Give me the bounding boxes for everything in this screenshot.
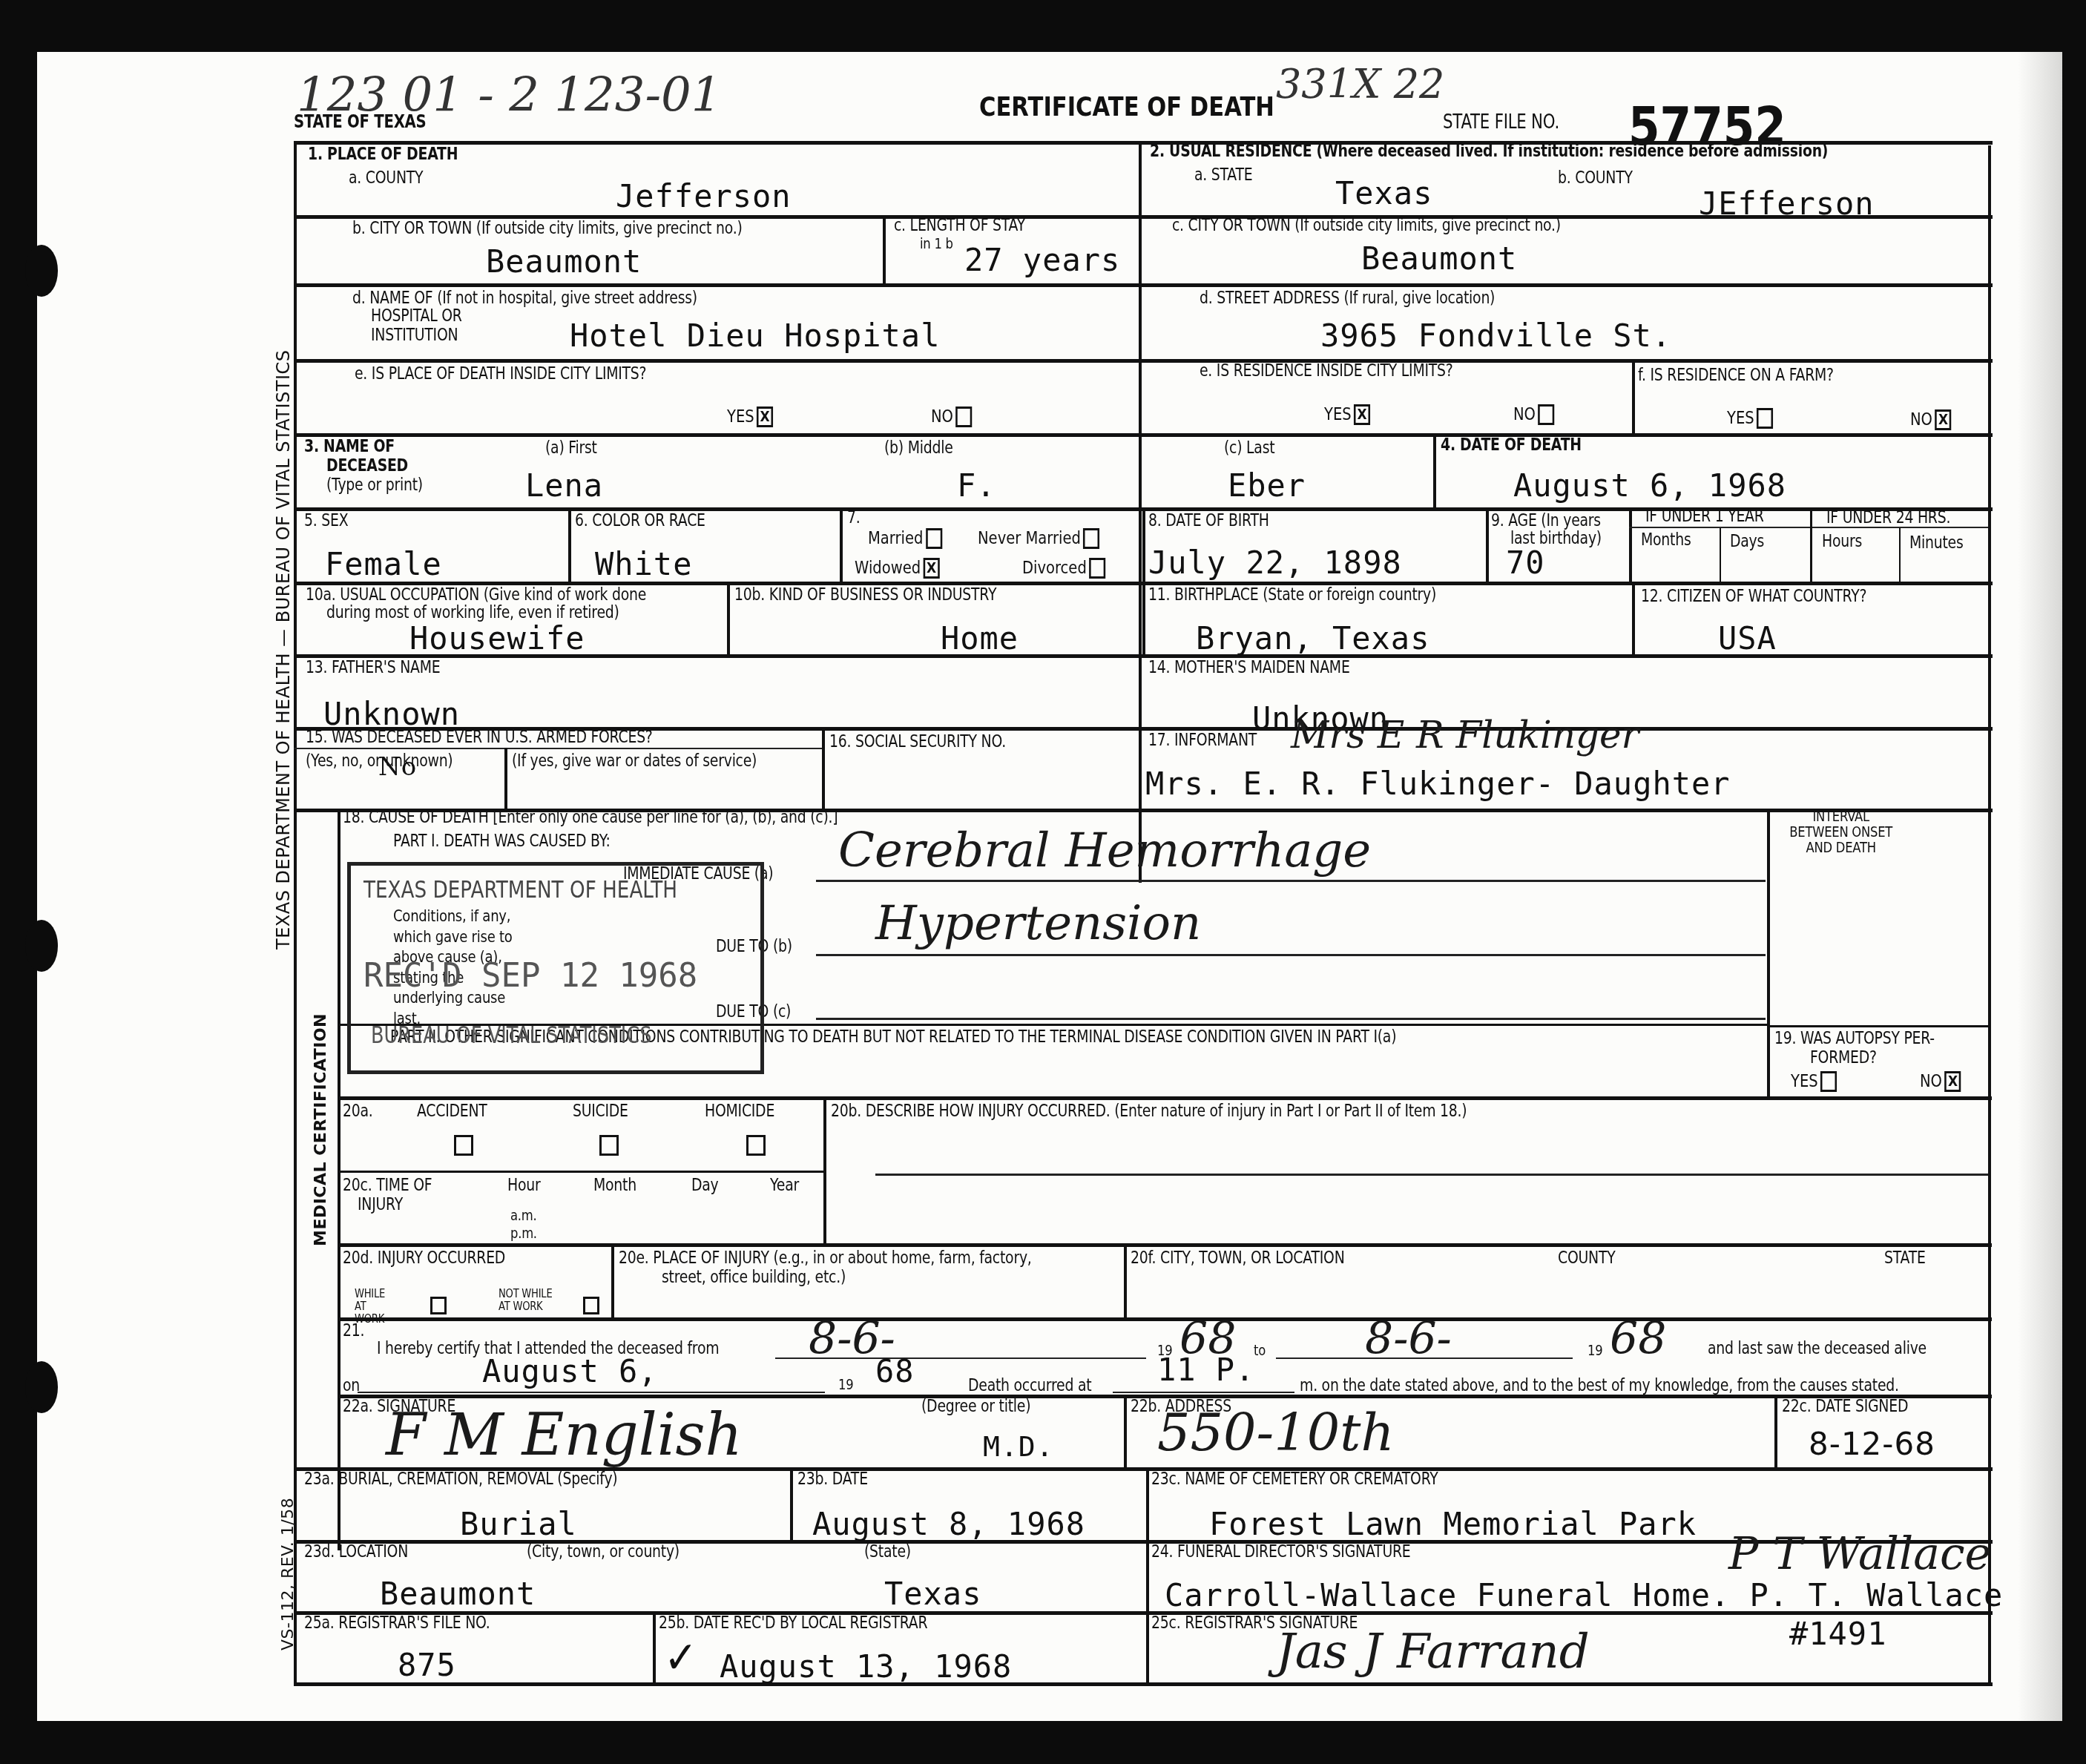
divider [338,1096,1992,1100]
divider [568,507,571,582]
degree: M.D. [983,1430,1054,1463]
death-inside-limits-label: e. IS PLACE OF DEATH INSIDE CITY LIMITS? [355,365,646,383]
residence-state-label: a. STATE [1194,166,1252,184]
date-signed: 8-12-68 [1809,1426,1935,1462]
death-inside-no[interactable]: NO [931,407,973,427]
divider [1767,809,1770,1098]
divider [875,1174,1988,1176]
divider [338,1317,1992,1321]
divider [1629,527,1988,528]
days-label: Days [1730,533,1764,550]
first-name-label: (a) First [545,439,597,457]
date-of-death: August 6, 1968 [1513,467,1786,504]
divider [653,1611,656,1682]
divider [294,654,1993,658]
divider [1486,507,1489,582]
not-while-at-work-label: NOT WHILE AT WORK [499,1288,553,1313]
registrar-date-label: 25b. DATE REC'D BY LOCAL REGISTRAR [659,1614,927,1632]
injury-f-label: 20f. CITY, TOWN, OR LOCATION [1131,1249,1345,1267]
homicide-checkbox[interactable] [746,1135,766,1156]
registrar-number: #1491 [1789,1616,1886,1652]
minutes-label: Minutes [1909,534,1964,552]
birthplace: Bryan, Texas [1196,620,1429,656]
checkbox [1089,558,1105,579]
not-while-at-work-checkbox[interactable] [583,1297,599,1314]
length-of-stay-label: c. LENGTH OF STAY [894,217,1025,234]
death-occurred-label: Death occurred at [968,1377,1091,1395]
physician-signature: F M English [386,1402,743,1469]
name-label: 3. NAME OF [304,438,395,455]
date-of-birth-label: 8. DATE OF BIRTH [1148,512,1269,530]
location-sublabel: (City, town, or county) [527,1543,680,1561]
immediate-cause: Cerebral Hemorrhage [838,823,1371,878]
armed-forces-label: 15. WAS DECEASED EVER IN U.S. ARMED FORC… [306,728,653,746]
burial-location: Beaumont [380,1576,536,1612]
autopsy-yes[interactable]: YES [1791,1071,1837,1092]
first-name: Lena [525,467,603,504]
due-to-b-cause: Hypertension [875,896,1201,951]
page-edge [2018,52,2062,1721]
hour-label: Hour [507,1176,540,1194]
injury-d-label: 20d. INJURY OCCURRED [343,1249,505,1267]
divider [1433,433,1436,507]
injury-e-label: 20e. PLACE OF INJURY (e.g., in or about … [619,1249,1032,1267]
middle-name: F. [957,467,996,504]
divider [294,433,1993,437]
street-label: d. STREET ADDRESS (If rural, give locati… [1200,289,1495,307]
residence-inside-limits-label: e. IS RESIDENCE INSIDE CITY LIMITS? [1200,362,1453,380]
injury-b-label: 20b. DESCRIBE HOW INJURY OCCURRED. (Ente… [831,1102,1467,1120]
last-name: Eber [1228,467,1306,504]
divider [294,1611,1993,1615]
divider [1124,1395,1127,1467]
binder-hole [25,245,58,297]
divider [1146,1467,1149,1682]
residence-inside-no[interactable]: NO [1513,404,1555,425]
registrar-signature: Jas J Farrand [1276,1625,1590,1679]
autopsy-label: 19. WAS AUTOPSY PER- [1774,1030,1935,1047]
attended-to-year: 68 [1610,1313,1666,1365]
attended-on-date: August 6, [482,1353,658,1389]
year-label: Year [770,1176,799,1194]
checkbox-checked: X [1935,409,1951,430]
armed-forces-sub2: (If yes, give war or dates of service) [512,752,757,770]
divider [816,954,1766,956]
sex: Female [325,546,442,582]
stamp-line-2: REC'D SEP 12 1968 [363,957,697,995]
sex-label: 5. SEX [304,512,348,530]
agency-side-label: TEXAS DEPARTMENT OF HEALTH — BUREAU OF V… [273,349,294,950]
divider [504,748,507,809]
armed-forces: No [378,752,417,782]
checkbox-checked: X [757,407,773,427]
injury-state-label: STATE [1884,1249,1926,1267]
checkbox [926,528,942,549]
best-knowledge-text: m. on the date stated above, and to the … [1300,1377,1899,1395]
autopsy-label-2: FORMED? [1810,1049,1877,1067]
death-city: Beaumont [486,243,642,280]
divider [1810,507,1812,582]
residence-county-label: b. COUNTY [1558,169,1633,187]
death-time: 11 P. [1157,1352,1254,1388]
certification-number: 21. [343,1322,364,1340]
frame-bottom [294,1682,1993,1686]
homicide-label: HOMICIDE [705,1102,774,1120]
date-of-death-label: 4. DATE OF DEATH [1441,436,1582,454]
length-of-stay-sublabel: in 1 b [920,236,953,251]
usual-residence-label: 2. USUAL RESIDENCE (Where deceased lived… [1150,142,1828,160]
medical-certification-label: MEDICAL CERTIFICATION [312,1013,330,1246]
under-24-hrs-label: IF UNDER 24 HRS. [1826,509,1950,527]
to-year-prefix: 19 [1587,1343,1602,1358]
name-label-2: DECEASED [326,457,408,475]
state-sublabel: (State) [864,1543,911,1561]
registrar-file-label: 25a. REGISTRAR'S FILE NO. [304,1614,490,1632]
burial-state: Texas [884,1576,981,1612]
middle-name-label: (b) Middle [884,439,953,457]
month-label: Month [593,1176,636,1194]
burial-date: August 8, 1968 [812,1506,1085,1542]
attended-on-year: 68 [875,1353,915,1389]
divider [883,215,886,283]
cemetery-label: 23c. NAME OF CEMETERY OR CREMATORY [1151,1470,1438,1488]
hospital-label-3: INSTITUTION [371,326,458,344]
father-label: 13. FATHER'S NAME [306,659,440,677]
divider [1113,1392,1294,1393]
burial-method: Burial [460,1506,577,1542]
residence-inside-yes[interactable]: YESX [1324,404,1370,425]
informant-signature: Mrs E R Flukinger [1291,714,1639,757]
accident-checkbox[interactable] [454,1135,473,1156]
divider [1632,582,1635,654]
citizen-label: 12. CITIZEN OF WHAT COUNTRY? [1641,588,1866,605]
race: White [595,546,692,582]
marital-widowed[interactable]: WidowedX [855,558,940,579]
divider [294,359,1993,363]
am-label: a.m. [510,1208,536,1223]
location-label: 23d. LOCATION [304,1543,408,1561]
divider [822,727,825,809]
part1-label: PART I. DEATH WAS CAUSED BY: [393,832,611,850]
burial-method-label: 23a. BURIAL, CREMATION, REMOVAL (Specify… [304,1470,617,1488]
checkmark-icon: ✓ [664,1632,697,1684]
last-name-label: (c) Last [1224,439,1274,457]
registrar-date: August 13, 1968 [720,1648,1012,1685]
place-of-death-label: 1. PLACE OF DEATH [308,145,458,163]
injury-county-label: COUNTY [1558,1249,1616,1267]
hospital-label-2: HOSPITAL OR [371,307,462,325]
date-signed-label: 22c. DATE SIGNED [1782,1398,1908,1415]
divider [1720,528,1721,582]
farm-no[interactable]: NOX [1910,409,1952,430]
divider [816,1018,1766,1020]
checkbox [1757,408,1773,429]
farm-yes[interactable]: YES [1727,408,1773,429]
checkbox-checked: X [1944,1071,1961,1092]
physician-address: 550-10th [1157,1402,1395,1463]
citizen: USA [1718,620,1777,656]
divider [840,507,843,582]
divider [1142,582,1145,654]
death-county: Jefferson [616,178,792,214]
to-label: to [1254,1343,1266,1358]
race-label: 6. COLOR OR RACE [575,512,705,530]
months-label: Months [1641,531,1691,549]
marital-married[interactable]: Married [868,528,942,549]
frame-right [1988,145,1991,1682]
divider [1774,1395,1777,1467]
injury-c-label: 20c. TIME OF [343,1176,432,1194]
date-of-birth: July 22, 1898 [1148,544,1402,581]
interval-label: INTERVAL BETWEEN ONSET AND DEATH [1789,809,1892,855]
residence-state: Texas [1335,175,1432,211]
binder-hole [25,1361,58,1413]
business-label: 10b. KIND OF BUSINESS OR INDUSTRY [734,586,996,604]
stamp-line-1: TEXAS DEPARTMENT OF HEALTH [363,875,677,904]
divider [338,1171,823,1173]
hospital-label: d. NAME OF (If not in hospital, give str… [352,289,697,307]
funeral-director-signature: P T Wallace [1728,1528,1991,1580]
occupation-label-2: during most of working life, even if ret… [326,604,619,622]
while-at-work-checkbox[interactable] [430,1297,447,1314]
page-title: CERTIFICATE OF DEATH [979,92,1274,122]
residence-city-label: c. CITY OR TOWN (If outside city limits,… [1172,217,1561,234]
injury-a-label: 20a. [343,1102,373,1120]
ssn-label: 16. SOCIAL SECURITY NO. [829,733,1006,751]
divider [358,1392,825,1393]
checkbox [1820,1071,1837,1092]
birthplace-label: 11. BIRTHPLACE (State or foreign country… [1148,586,1436,604]
on-year-prefix: 19 [838,1377,853,1392]
checkbox-checked: X [924,558,940,579]
funeral-director-label: 24. FUNERAL DIRECTOR'S SIGNATURE [1151,1543,1410,1561]
day-label: Day [691,1176,719,1194]
business: Home [941,620,1019,656]
binder-hole [25,920,58,972]
registrar-file-no: 875 [398,1647,456,1683]
divider [1632,359,1635,433]
divider [816,880,1766,882]
name-label-3: (Type or print) [326,476,423,494]
stamp-line-3: BUREAU OF VITAL STATISTICS [371,1021,651,1049]
hours-label: Hours [1822,533,1862,550]
checkbox [1083,528,1099,549]
death-inside-yes[interactable]: YESX [727,407,773,427]
divider [338,1243,1992,1247]
marital-label: 7. [847,509,861,527]
cemetery: Forest Lawn Memorial Park [1209,1506,1697,1542]
divider [1124,1243,1127,1317]
injury-c-label-2: INJURY [358,1196,403,1214]
marital-divorced[interactable]: Divorced [1022,558,1105,579]
accident-label: ACCIDENT [417,1102,487,1120]
occupation-label: 10a. USUAL OCCUPATION (Give kind of work… [306,586,646,604]
mother-label: 14. MOTHER'S MAIDEN NAME [1148,659,1350,677]
cause-label: 18. CAUSE OF DEATH [Enter only one cause… [343,809,838,826]
divider [1142,507,1145,582]
last-saw-text: and last saw the deceased alive [1708,1340,1927,1357]
divider [727,582,730,654]
divider [1767,1025,1990,1027]
county-label: a. COUNTY [349,169,423,187]
divider [1899,528,1901,582]
state-file-label: STATE FILE NO. [1443,113,1559,133]
checkbox [955,407,972,427]
marital-never-married[interactable]: Never Married [978,528,1099,549]
injury-e-label-2: street, office building, etc.) [662,1268,846,1286]
farm-label: f. IS RESIDENCE ON A FARM? [1638,366,1834,384]
divider [294,283,1993,287]
occupation: Housewife [409,620,585,656]
divider [1629,507,1632,582]
under-1-year-label: IF UNDER 1 YEAR [1645,507,1764,525]
burial-date-label: 23b. DATE [797,1470,868,1488]
medical-section-border [338,809,340,1550]
center-divider [1139,141,1142,883]
frame-left [294,141,297,1684]
handwritten-ref-right: 331X 22 [1276,61,1444,108]
residence-street: 3965 Fondville St. [1320,317,1671,354]
funeral-director: Carroll-Wallace Funeral Home. P. T. Wall… [1165,1577,2003,1613]
informant: Mrs. E. R. Flukinger- Daughter [1145,766,1731,802]
residence-city: Beaumont [1361,240,1517,277]
suicide-checkbox[interactable] [599,1135,619,1156]
autopsy-no[interactable]: NOX [1920,1071,1961,1092]
attended-to: 8-6- [1365,1313,1452,1365]
age-label: 9. AGE (In years [1491,512,1601,530]
degree-label: (Degree or title) [921,1398,1030,1415]
checkbox [1538,404,1554,425]
checkbox-checked: X [1354,404,1370,425]
suicide-label: SUICIDE [573,1102,628,1120]
divider [823,1096,826,1245]
hospital-name: Hotel Dieu Hospital [570,317,940,354]
length-of-stay: 27 years [964,242,1120,278]
state-of-texas: STATE OF TEXAS [294,113,427,131]
pm-label: p.m. [510,1225,537,1241]
divider [294,748,822,749]
city-label: b. CITY OR TOWN (If outside city limits,… [352,220,743,237]
divider [611,1243,614,1317]
age: 70 [1506,544,1545,581]
divider [790,1467,793,1541]
informant-label: 17. INFORMANT [1148,731,1257,749]
